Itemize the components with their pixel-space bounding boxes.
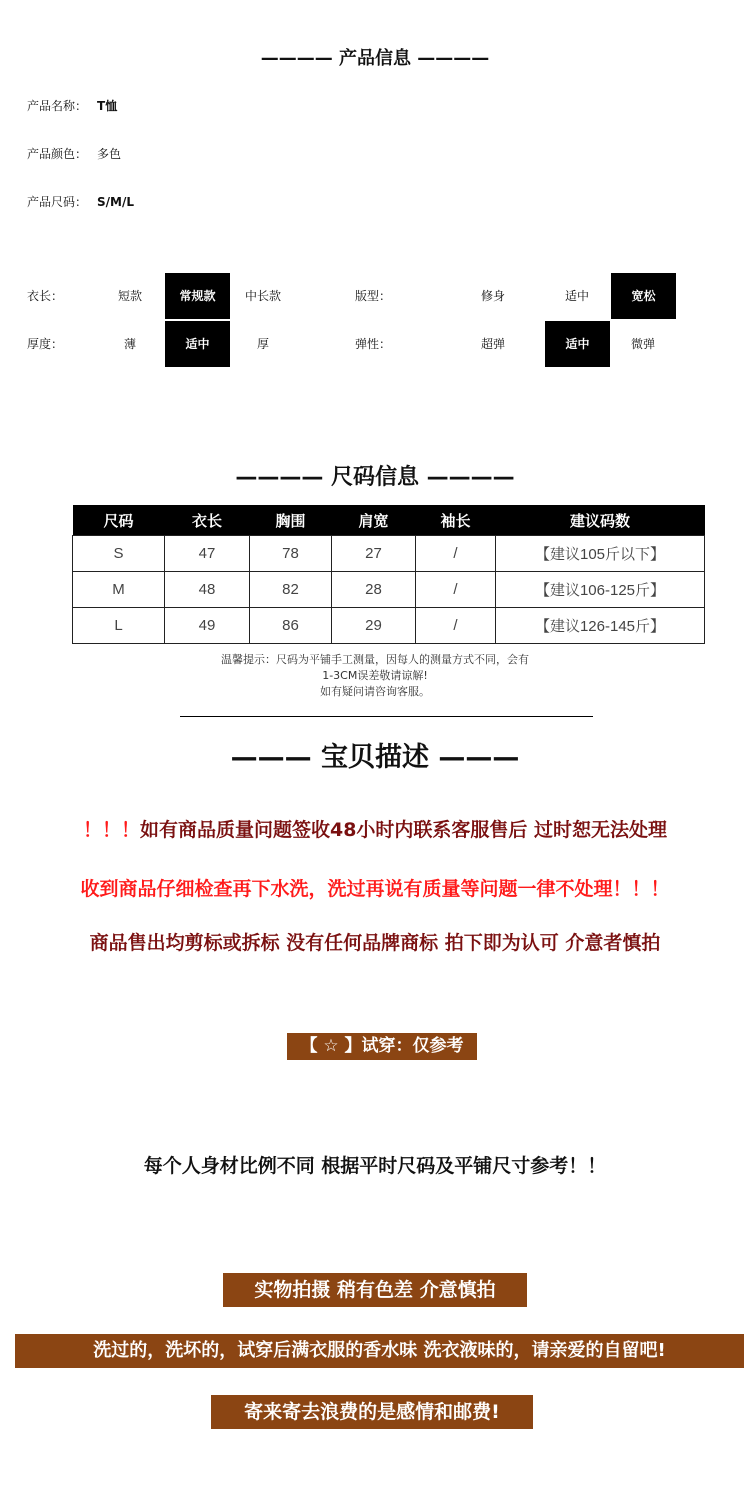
product-name-row: 产品名称：T恤 — [27, 97, 117, 114]
header-recommend: 建议码数 — [496, 505, 705, 536]
length-option-mid: 中长款 — [232, 273, 294, 319]
table-row: S 47 78 27 / 【建议105斤以下】 — [73, 536, 705, 572]
size-table: 尺码 衣长 胸围 肩宽 袖长 建议码数 S 47 78 27 / 【建议105斤… — [72, 505, 705, 644]
cell-size: M — [73, 572, 165, 608]
warning-exclamations: ！！！ — [83, 819, 140, 841]
description-title: ——— 宝贝描述 ——— — [0, 735, 750, 774]
size-table-header: 尺码 衣长 胸围 肩宽 袖长 建议码数 — [73, 505, 705, 536]
product-name-label: 产品名称： — [27, 99, 87, 113]
product-size-value: S/M/L — [97, 195, 134, 209]
size-note: 温馨提示：尺码为平铺手工测量，因每人的测量方式不同，会有 1-3CM误差敬请谅解… — [0, 652, 750, 700]
cell-size: S — [73, 536, 165, 572]
thickness-option-medium-selected: 适中 — [165, 321, 230, 367]
elasticity-label: 弹性： — [355, 321, 391, 367]
length-option-regular-selected: 常规款 — [165, 273, 230, 319]
warning-line-1: ！！！如有商品质量问题签收48小时内联系客服售后 过时恕无法处理 — [0, 815, 750, 842]
header-shoulder: 肩宽 — [332, 505, 416, 536]
banner-return-policy: 洗过的，洗坏的，试穿后满衣服的香水味 洗衣液味的，请亲爱的自留吧! — [15, 1334, 744, 1368]
cell-chest: 86 — [250, 608, 332, 644]
fit-option-medium: 适中 — [546, 273, 608, 319]
banner-shipping-notice: 寄来寄去浪费的是感情和邮费! — [211, 1395, 533, 1429]
cell-size: L — [73, 608, 165, 644]
header-length: 衣长 — [165, 505, 250, 536]
body-proportion-note: 每个人身材比例不同 根据平时尺码及平铺尺寸参考！！ — [0, 1151, 750, 1178]
size-note-line-3: 如有疑问请咨询客服。 — [0, 684, 750, 700]
elasticity-option-slight: 微弹 — [612, 321, 674, 367]
size-note-line-2: 1-3CM误差敬请谅解! — [0, 668, 750, 684]
cell-chest: 82 — [250, 572, 332, 608]
size-info-title: ———— 尺码信息 ———— — [0, 460, 750, 491]
product-color-label: 产品颜色： — [27, 147, 87, 161]
cell-shoulder: 27 — [332, 536, 416, 572]
cell-shoulder: 29 — [332, 608, 416, 644]
fit-label: 版型： — [355, 273, 391, 319]
header-chest: 胸围 — [250, 505, 332, 536]
table-row: L 49 86 29 / 【建议126-145斤】 — [73, 608, 705, 644]
header-sleeve: 袖长 — [416, 505, 496, 536]
divider — [180, 716, 593, 717]
cell-length: 48 — [165, 572, 250, 608]
product-size-row: 产品尺码：S/M/L — [27, 193, 134, 210]
table-row: M 48 82 28 / 【建议106-125斤】 — [73, 572, 705, 608]
size-note-line-1: 温馨提示：尺码为平铺手工测量，因每人的测量方式不同，会有 — [0, 652, 750, 668]
elasticity-option-super: 超弹 — [462, 321, 524, 367]
attribute-grid: 衣长： 短款 常规款 中长款 版型： 修身 适中 宽松 厚度： 薄 适中 厚 弹… — [0, 273, 750, 368]
length-option-short: 短款 — [100, 273, 160, 319]
cell-sleeve: / — [416, 608, 496, 644]
thickness-option-thin: 薄 — [100, 321, 160, 367]
header-size: 尺码 — [73, 505, 165, 536]
product-size-label: 产品尺码： — [27, 195, 87, 209]
warning-line-2: 收到商品仔细检查再下水洗，洗过再说有质量等问题一律不处理！！！ — [0, 874, 750, 901]
warning-line-1-text: 如有商品质量问题签收48小时内联系客服售后 过时恕无法处理 — [140, 819, 667, 841]
cell-sleeve: / — [416, 536, 496, 572]
product-name-value: T恤 — [97, 99, 117, 113]
banner-photo-notice: 实物拍摄 稍有色差 介意慎拍 — [223, 1273, 527, 1307]
thickness-option-thick: 厚 — [232, 321, 294, 367]
try-on-tag: 【 ☆ 】试穿：仅参考 — [287, 1033, 477, 1060]
warning-line-3: 商品售出均剪标或拆标 没有任何品牌商标 拍下即为认可 介意者慎拍 — [0, 928, 750, 955]
product-info-title: ———— 产品信息 ———— — [0, 44, 750, 70]
thickness-label: 厚度： — [27, 321, 63, 367]
cell-sleeve: / — [416, 572, 496, 608]
length-label: 衣长： — [27, 273, 63, 319]
elasticity-option-medium-selected: 适中 — [545, 321, 610, 367]
cell-recommend: 【建议126-145斤】 — [496, 608, 705, 644]
fit-option-loose-selected: 宽松 — [611, 273, 676, 319]
cell-length: 49 — [165, 608, 250, 644]
product-color-value: 多色 — [97, 147, 121, 161]
cell-shoulder: 28 — [332, 572, 416, 608]
product-color-row: 产品颜色：多色 — [27, 145, 121, 162]
fit-option-slim: 修身 — [462, 273, 524, 319]
cell-recommend: 【建议105斤以下】 — [496, 536, 705, 572]
cell-recommend: 【建议106-125斤】 — [496, 572, 705, 608]
cell-chest: 78 — [250, 536, 332, 572]
cell-length: 47 — [165, 536, 250, 572]
